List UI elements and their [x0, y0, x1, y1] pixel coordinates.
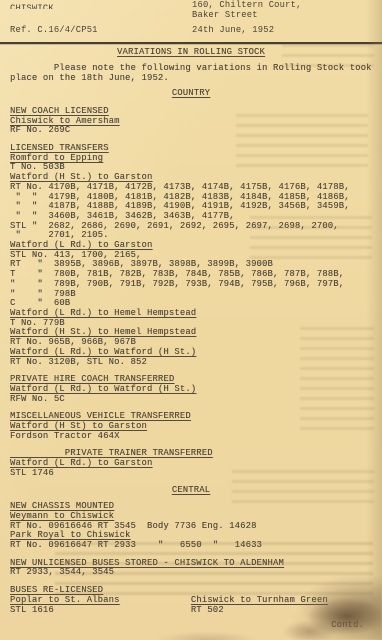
plain-text: STL " 2682, 2686, 2690, 2691, 2692, 2695…	[10, 221, 339, 231]
plain-text: STL 1616	[10, 605, 54, 615]
horizontal-rule	[0, 42, 382, 44]
plain-text	[120, 595, 191, 605]
plain-text: RT " 3895B, 3896B, 3897B, 3898B, 3899B, …	[10, 259, 273, 269]
plain-text: RT No. 965B, 966B, 967B	[10, 337, 136, 347]
underlined-text: COUNTRY	[172, 88, 210, 98]
plain-text: Contd.	[331, 620, 364, 630]
plain-text: T " 780B, 781B, 782B, 783B, 784B, 785B, …	[10, 269, 344, 279]
underlined-text: Watford (H St) to Garston	[10, 421, 147, 431]
underlined-text: Watford (L Rd.) to Watford (H St.)	[10, 384, 196, 394]
underlined-text: NEW UNLICENSED BUSES STORED - CHISWICK T…	[10, 558, 284, 568]
plain-text: " " 789B, 790B, 791B, 792B, 793B, 794B, …	[10, 279, 344, 289]
document-body: VARIATIONS IN ROLLING STOCK Please note …	[0, 48, 382, 631]
text-line: VARIATIONS IN ROLLING STOCK	[10, 48, 372, 58]
plain-text: Fordson Tractor 464X	[10, 431, 120, 441]
document-lines: VARIATIONS IN ROLLING STOCK Please note …	[10, 48, 372, 631]
text-line: Fordson Tractor 464X	[10, 432, 372, 442]
underlined-text: Watford (H St.) to Hemel Hempstead	[10, 327, 196, 337]
underlined-text: Chiswick to Amersham	[10, 116, 120, 126]
underlined-text: NEW CHASSIS MOUNTED	[10, 501, 114, 511]
underlined-text: Watford (L Rd.) to Garston	[10, 458, 152, 468]
plain-text: RT No. 4170B, 4171B, 4172B, 4173B, 4174B…	[10, 182, 350, 192]
underlined-text: Chiswick to Turnham Green	[191, 595, 328, 605]
text-line: STL 1616 RT 502	[10, 606, 372, 616]
underlined-text: LICENSED TRANSFERS	[10, 143, 109, 153]
plain-text: T No. 503B	[10, 162, 65, 172]
text-line: Contd.	[10, 621, 372, 631]
plain-text: T No. 779B	[10, 318, 65, 328]
underlined-text: Watford (L Rd.) to Watford (H St.)	[10, 347, 196, 357]
underlined-text: PRIVATE HIRE COACH TRANSFERRED	[10, 374, 174, 384]
text-line: RF No. 269C	[10, 126, 372, 136]
plain-text: RT No. 3120B, STL No. 852	[10, 357, 147, 367]
underlined-text: Poplar to St. Albans	[10, 595, 120, 605]
reference-number: Ref. C.16/4/CP51	[10, 26, 192, 36]
address-block: 160, Chiltern Court, Baker Street	[192, 1, 372, 20]
plain-text: RT No. 09616646 RT 3545 Body 7736 Eng. 1…	[10, 521, 257, 531]
document-date: 24th June, 1952	[192, 26, 372, 36]
address-line-2: Baker Street	[192, 11, 372, 21]
underlined-text: CENTRAL	[172, 485, 210, 495]
underlined-text: NEW COACH LICENSED	[10, 106, 109, 116]
underlined-text: Weymann to Chiswick	[10, 511, 114, 521]
underlined-text: Romford to Epping	[10, 153, 103, 163]
underlined-text: PRIVATE TRAINER TRANSFERRED	[10, 448, 213, 458]
text-line: COUNTRY	[10, 89, 372, 99]
letterhead: CHISWICK 160, Chiltern Court, Baker Stre…	[0, 0, 382, 36]
plain-text: RT No. 09616647 RT 2933 " 6550 " 14633	[10, 540, 262, 550]
office-name: CHISWICK	[10, 1, 192, 9]
underlined-text: MISCELLANEOUS VEHICLE TRANSFERRED	[10, 411, 191, 421]
text-line: CENTRAL	[10, 486, 372, 496]
plain-text: RT 502	[191, 605, 224, 615]
plain-text: RT 2933, 3544, 3545	[10, 567, 114, 577]
plain-text: " " 4187B, 4188B, 4189B, 4190B, 4191B, 4…	[10, 201, 350, 211]
underlined-text: BUSES RE-LICENSED	[10, 585, 103, 595]
plain-text: " " 798B	[10, 289, 76, 299]
underlined-text: Watford (L Rd.) to Garston	[10, 240, 152, 250]
plain-text: place on the 18th June, 1952.	[10, 73, 169, 83]
plain-text: RF No. 269C	[10, 125, 70, 135]
text-line: place on the 18th June, 1952.	[10, 74, 372, 84]
plain-text: " " 4179B, 4180B, 4181B, 4182B, 4183B, 4…	[10, 192, 350, 202]
scanned-document-page: CHISWICK 160, Chiltern Court, Baker Stre…	[0, 0, 382, 640]
plain-text: STL No. 413, 1700, 2165,	[10, 250, 142, 260]
plain-text: " 2701, 2105.	[10, 230, 109, 240]
plain-text: STL 1746	[10, 468, 54, 478]
plain-text: " " 3460B, 3461B, 3462B, 3463B, 4177B,	[10, 211, 235, 221]
text-line: Watford (L Rd.) to Garston	[10, 459, 372, 469]
plain-text: Please note the following variations in …	[10, 63, 372, 73]
text-line: RT 2933, 3544, 3545	[10, 568, 372, 578]
underlined-text: Watford (L Rd.) to Hemel Hempstead	[10, 308, 196, 318]
underlined-text: Park Royal to Chiswick	[10, 530, 131, 540]
text-line: STL 1746	[10, 469, 372, 479]
underlined-text: VARIATIONS IN ROLLING STOCK	[117, 47, 265, 57]
plain-text: C " 60B	[10, 298, 70, 308]
underlined-text: Watford (H St.) to Garston	[10, 172, 152, 182]
plain-text	[54, 605, 191, 615]
text-line: RFW No. 5C	[10, 395, 372, 405]
text-line: RT No. 3120B, STL No. 852	[10, 358, 372, 368]
text-line: RT No. 09616647 RT 2933 " 6550 " 14633	[10, 541, 372, 551]
plain-text: RFW No. 5C	[10, 394, 65, 404]
